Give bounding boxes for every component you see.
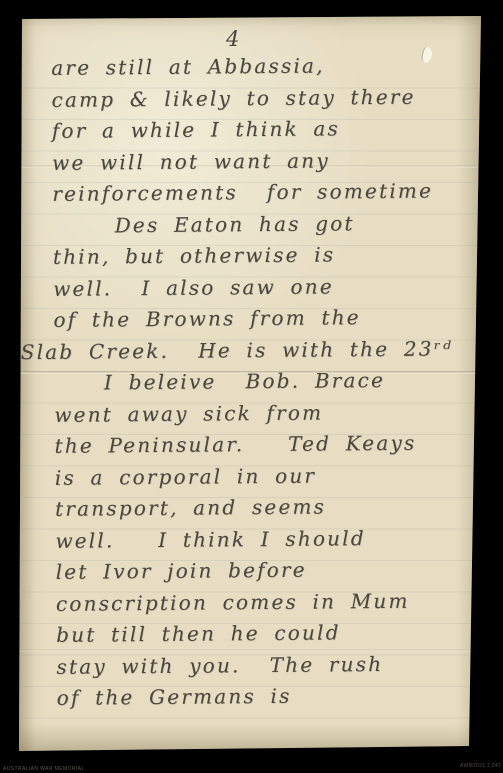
letter-line: but till then he could	[56, 616, 484, 651]
archive-reference-number: AWM2021.7.242	[460, 763, 501, 769]
letter-line: conscription comes in Mum	[56, 585, 484, 620]
letter-line: thin, but otherwise is	[53, 238, 481, 273]
letter-line: transport, and seems	[55, 490, 483, 525]
archive-credit-label: AUSTRALIAN WAR MEMORIAL	[3, 766, 85, 772]
letter-line: of the Browns from the	[53, 301, 481, 336]
letter-line: stay with you. The rush	[56, 648, 484, 683]
letter-line: let Ivor join before	[56, 553, 484, 588]
letter-line: camp & likely to stay there	[51, 81, 479, 116]
letter-line: for a while I think as	[52, 112, 480, 147]
letter-line: is a corporal in our	[55, 459, 483, 494]
letter-line: are still at Abbassia,	[51, 49, 479, 84]
letter-line: of the Germans is	[57, 679, 485, 714]
page-number: 4	[226, 27, 239, 51]
letter-line: well. I think I should	[55, 522, 483, 557]
letter-page: 4 are still at Abbassia, camp & likely t…	[18, 13, 483, 755]
letter-line: reinforcements for sometime	[52, 175, 480, 210]
letter-line: the Peninsular. Ted Keays	[54, 427, 482, 462]
letter-body-text: are still at Abbassia, camp & likely to …	[51, 49, 485, 714]
letter-line: we will not want any	[52, 144, 480, 179]
letter-line: Des Eaton has got	[114, 207, 480, 242]
letter-line: Slab Creek. He is with the 23ʳᵈ	[21, 333, 482, 369]
letter-line: went away sick from	[54, 396, 482, 431]
letter-line: I beleive Bob. Brace	[104, 364, 482, 399]
letter-line: well. I also saw one	[53, 270, 481, 305]
photo-backdrop: { "letter": { "page_number": "4", "lines…	[0, 0, 503, 773]
